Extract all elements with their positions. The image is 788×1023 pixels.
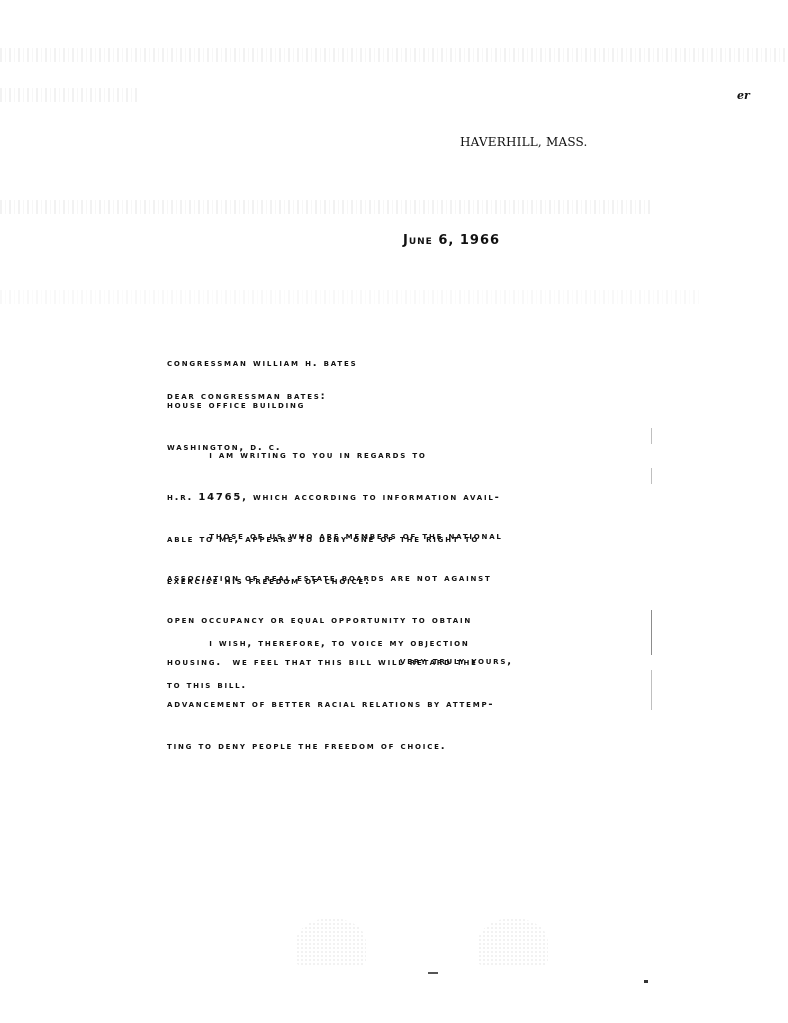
scan-speck bbox=[644, 980, 648, 983]
margin-line bbox=[651, 428, 652, 444]
margin-line bbox=[651, 670, 652, 710]
body-line: I wish, therefore, to voice my objection bbox=[167, 637, 470, 651]
scan-speck bbox=[428, 972, 438, 974]
letter-date: June 6, 1966 bbox=[403, 234, 500, 248]
scan-artifact-band bbox=[0, 88, 140, 102]
body-line: Association of Real Estate Boards are no… bbox=[167, 572, 503, 586]
scan-artifact-band bbox=[0, 200, 650, 214]
letterhead-location: HAVERHILL, MASS. bbox=[460, 135, 588, 149]
body-line: ting to deny people the freedom of choic… bbox=[167, 740, 503, 754]
body-line: to this bill. bbox=[167, 679, 470, 693]
salutation: Dear Congressman Bates: bbox=[167, 390, 326, 404]
body-line: Those of us who are members of the Natio… bbox=[167, 530, 503, 544]
body-line: I am writing to you in regards to bbox=[167, 449, 501, 463]
margin-line bbox=[651, 610, 652, 655]
margin-line bbox=[651, 468, 652, 484]
faint-seal-right bbox=[478, 918, 548, 966]
address-line: Congressman William H. Bates bbox=[167, 357, 357, 371]
closing: Very truly yours, bbox=[400, 655, 513, 669]
corner-mark: er bbox=[737, 89, 750, 102]
scan-artifact-band bbox=[0, 48, 788, 62]
faint-seal-left bbox=[296, 918, 366, 966]
scan-artifact-band bbox=[0, 290, 700, 304]
